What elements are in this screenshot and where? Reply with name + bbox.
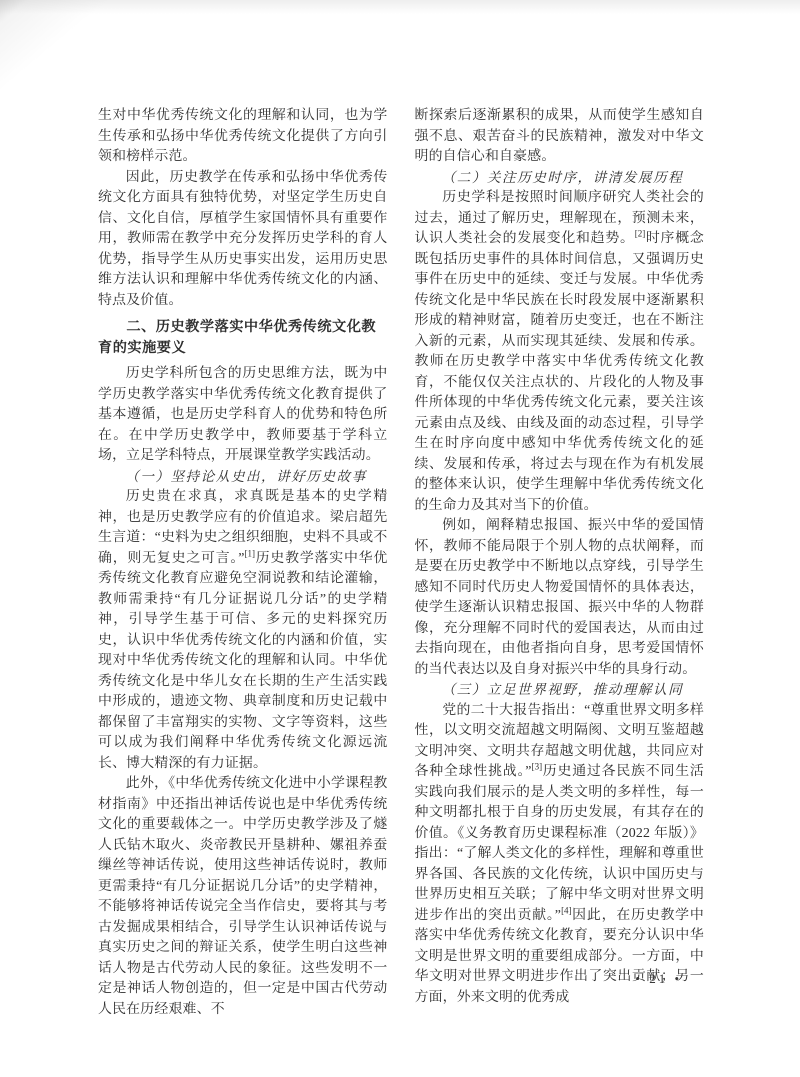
page-text-area: 生对中华优秀传统文化的理解和认同，也为学生传承和弘扬中华优秀传统文化提供了方向引… bbox=[98, 106, 704, 1020]
citation-ref: [2] bbox=[635, 228, 646, 238]
citation-ref: [1] bbox=[245, 548, 256, 558]
paragraph: 历史贵在求真，求真既是基本的史学精神，也是历史教学应有的价值追求。梁启超先生言道… bbox=[98, 487, 388, 774]
subsection-heading: （一）坚持论从史出，讲好历史故事 bbox=[98, 467, 388, 488]
right-column: 断探索后逐渐累积的成果，从而使学生感知自强不息、艰苦奋斗的民族精神，激发对中华文… bbox=[415, 106, 705, 1020]
subsection-heading: （二）关注历史时序，讲清发展历程 bbox=[415, 168, 705, 189]
citation-ref: [3] bbox=[532, 761, 543, 771]
paragraph: 生对中华优秀传统文化的理解和认同，也为学生传承和弘扬中华优秀传统文化提供了方向引… bbox=[98, 106, 388, 168]
scan-shading-top-edge bbox=[0, 0, 800, 14]
paragraph: 因此，历史教学在传承和弘扬中华优秀传统文化方面具有独特优势，对坚定学生历史自信、… bbox=[98, 168, 388, 312]
page-number: • 21 • bbox=[635, 971, 682, 987]
section-heading: 二、历史教学落实中华优秀传统文化教育的实施要义 bbox=[98, 317, 388, 358]
paragraph: 历史学科所包含的历史思维方法，既为中学历史教学落实中华优秀传统文化教育提供了基本… bbox=[98, 364, 388, 467]
document-page: { "page": { "number_label": "• 21 •" }, … bbox=[0, 0, 800, 1077]
paragraph: 例如，阐释精忠报国、振兴中华的爱国情怀，教师不能局限于个别人物的点状阐释，而是要… bbox=[415, 516, 705, 680]
citation-ref: [4] bbox=[561, 905, 572, 915]
paragraph: 历史学科是按照时间顺序研究人类社会的过去，通过了解历史，理解现在，预测未来，认识… bbox=[415, 188, 705, 516]
subsection-heading: （三）立足世界视野，推动理解认同 bbox=[415, 680, 705, 701]
paragraph: 党的二十大报告指出：“尊重世界文明多样性，以文明交流超越文明隔阂、文明互鉴超越文… bbox=[415, 701, 705, 1009]
paragraph: 断探索后逐渐累积的成果，从而使学生感知自强不息、艰苦奋斗的民族精神，激发对中华文… bbox=[415, 106, 705, 168]
paragraph: 此外，《中华优秀传统文化进中小学课程教材指南》中还指出神话传说也是中华优秀传统文… bbox=[98, 774, 388, 1020]
left-column: 生对中华优秀传统文化的理解和认同，也为学生传承和弘扬中华优秀传统文化提供了方向引… bbox=[98, 106, 388, 1020]
